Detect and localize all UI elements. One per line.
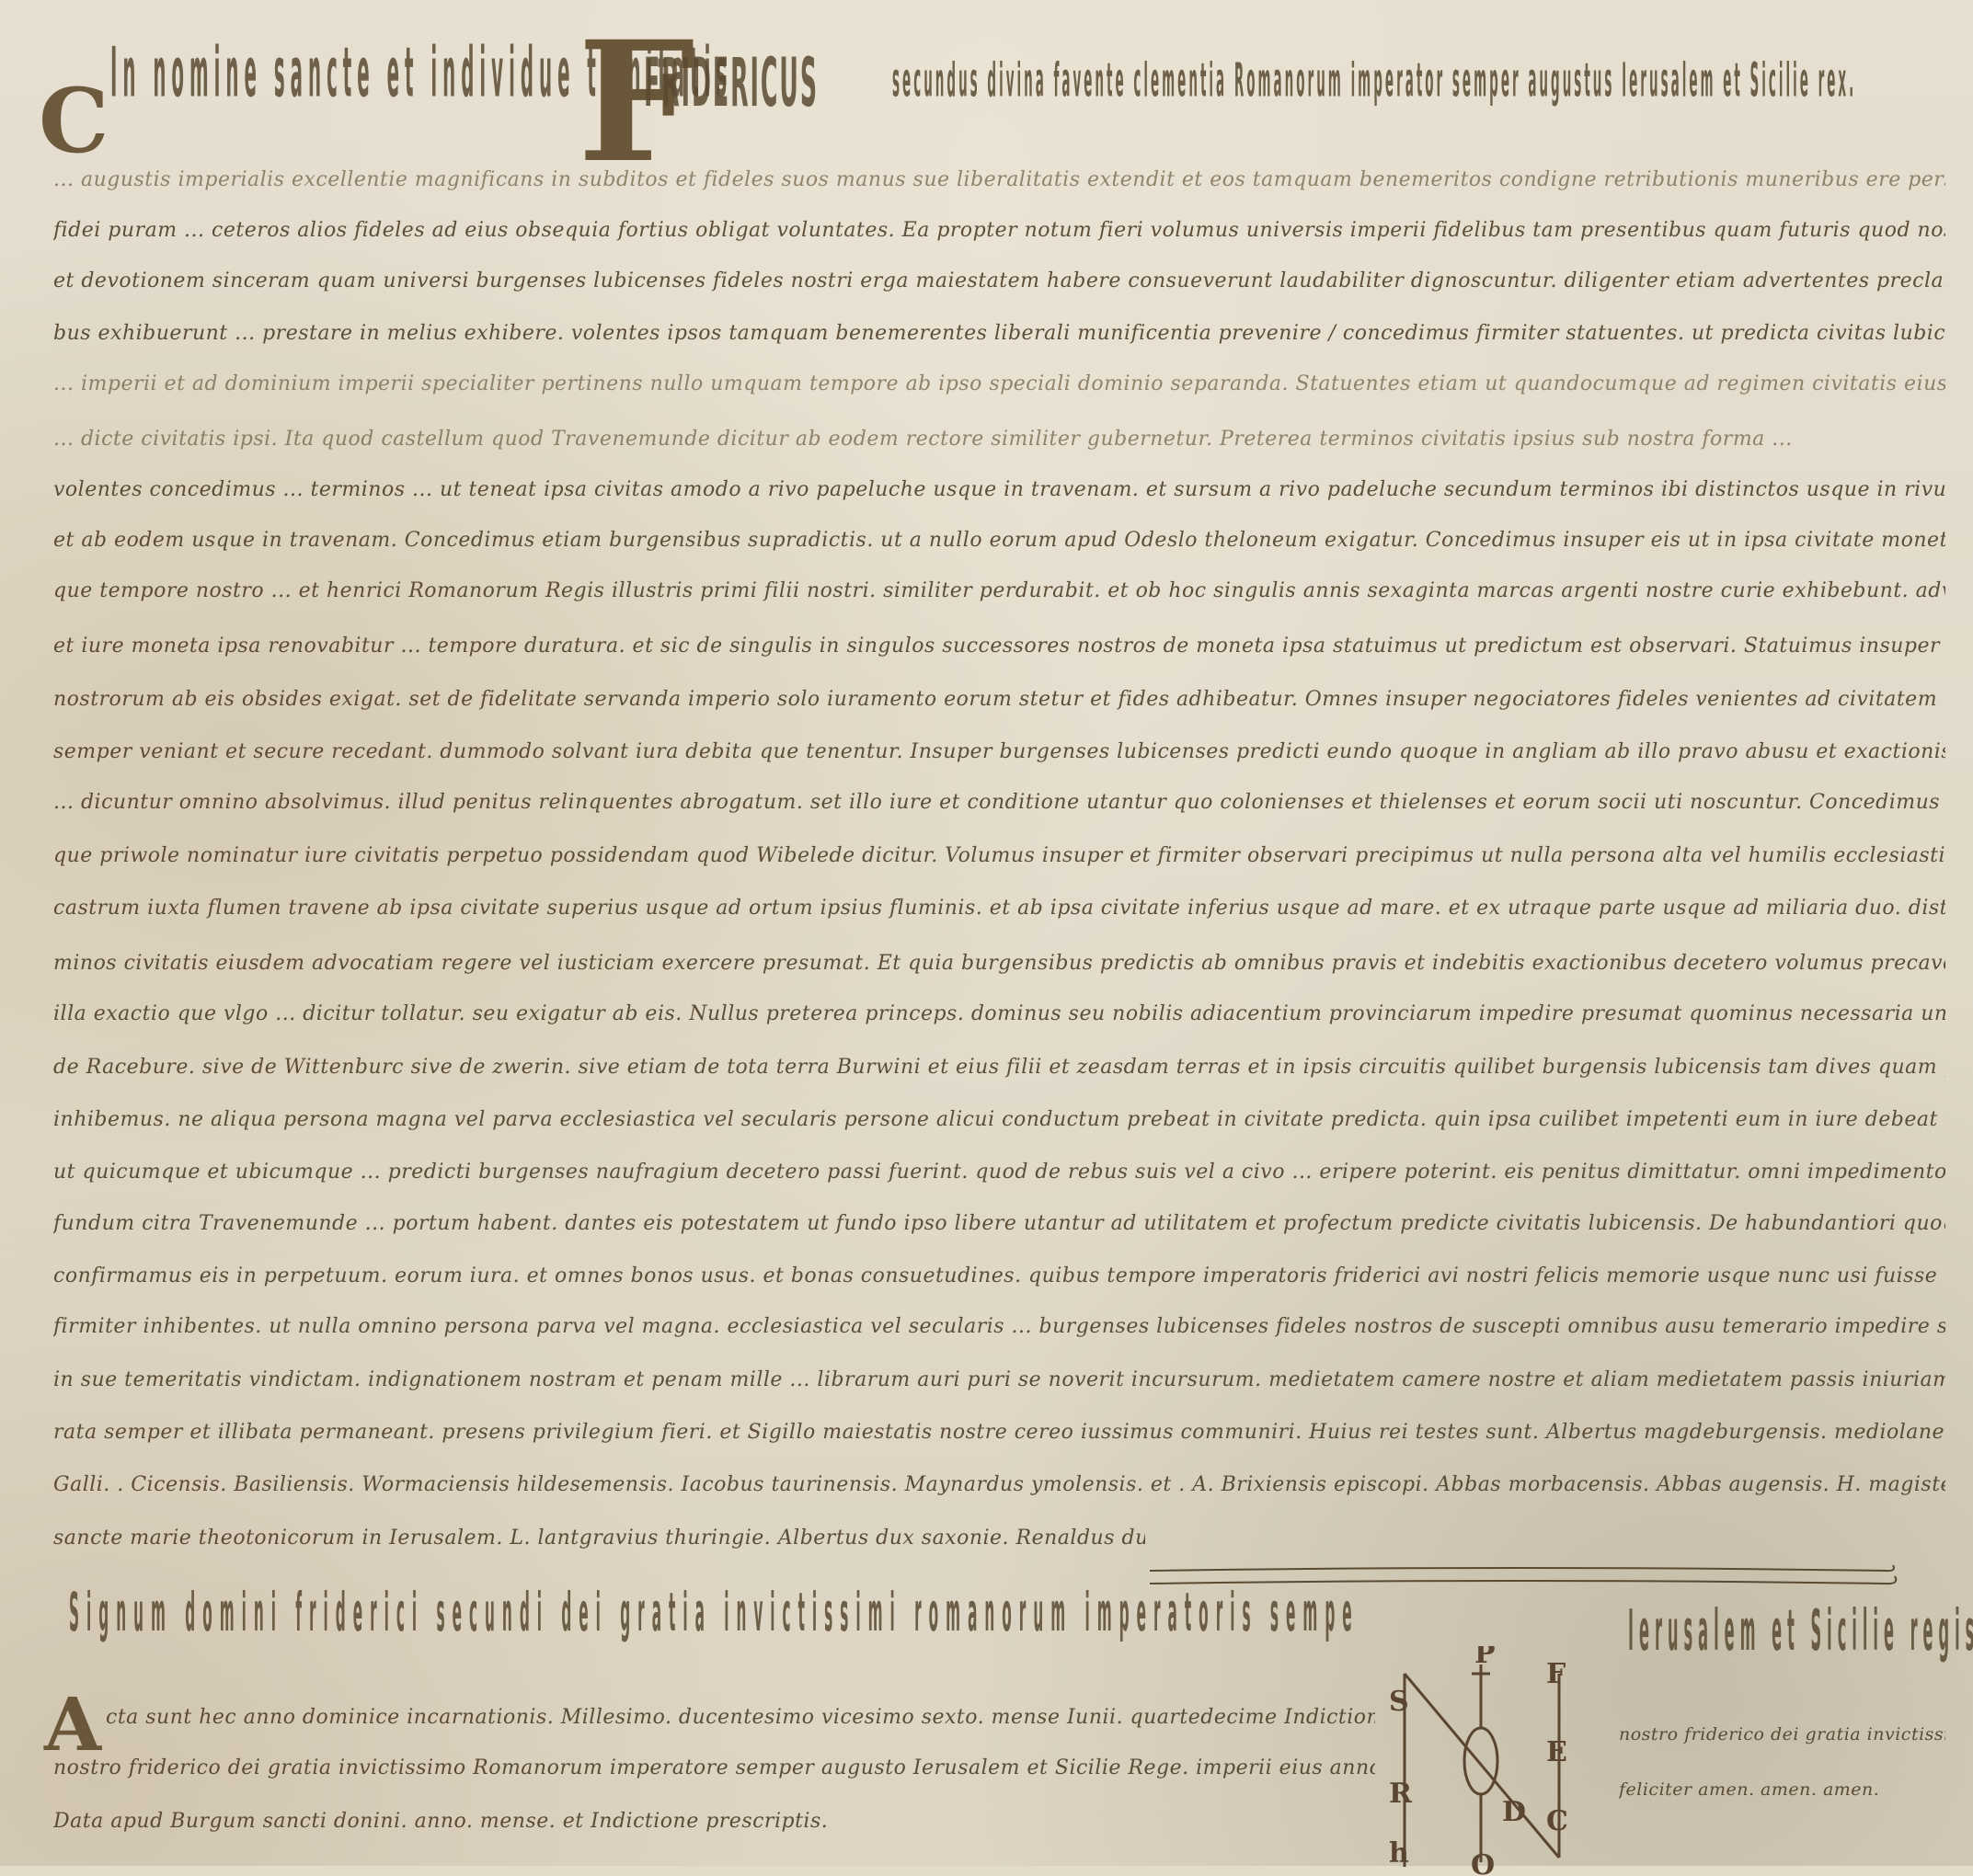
emperor-title-elongated: secundus divina favente clementia Romano…: [892, 52, 1856, 109]
emperor-name: FRIDERICUS: [644, 43, 819, 122]
body-line: fundum citra Travenemunde ... portum hab…: [53, 1212, 1945, 1235]
body-line: nostrorum ab eis obsides exigat. set de …: [53, 688, 1945, 711]
body-line: que priwole nominatur iure civitatis per…: [53, 844, 1945, 867]
body-line: semper veniant et secure recedant. dummo…: [53, 740, 1945, 763]
body-line: ... augustis imperialis excellentie magn…: [53, 168, 1945, 191]
body-line: illa exactio que vlgo ... dicitur tollat…: [53, 1002, 1945, 1025]
body-line: minos civitatis eiusdem advocatiam reger…: [53, 952, 1945, 975]
datum-right-note: nostro friderico dei gratia invictissimo: [1619, 1724, 1945, 1744]
svg-text:C: C: [1546, 1805, 1568, 1837]
datum-line: cta sunt hec anno dominice incarnationis…: [106, 1706, 1375, 1729]
body-line: sancte marie theotonicorum in Ierusalem.…: [53, 1527, 1145, 1550]
svg-text:R: R: [1389, 1778, 1413, 1810]
svg-text:h: h: [1389, 1837, 1409, 1866]
svg-text:D: D: [1502, 1796, 1526, 1828]
body-line: de Racebure. sive de Wittenburc sive de …: [53, 1056, 1945, 1079]
body-line: inhibemus. ne aliqua persona magna vel p…: [53, 1108, 1945, 1131]
body-line: rata semper et illibata permaneant. pres…: [53, 1421, 1945, 1444]
invocation-initial: C: [39, 77, 109, 166]
svg-text:P: P: [1474, 1646, 1496, 1670]
svg-text:E: E: [1546, 1736, 1567, 1768]
body-line: firmiter inhibentes. ut nulla omnino per…: [53, 1315, 1945, 1338]
body-line: ... dicuntur omnino absolvimus. illud pe…: [53, 791, 1945, 814]
svg-text:O: O: [1471, 1849, 1495, 1866]
signum-elongated-line: Signum domini friderici secundi dei grat…: [69, 1584, 1357, 1646]
body-line: Galli. . Cicensis. Basiliensis. Wormacie…: [53, 1473, 1945, 1496]
body-line: ... imperii et ad dominium imperii speci…: [53, 372, 1945, 395]
body-line: in sue temeritatis vindictam. indignatio…: [53, 1368, 1945, 1391]
body-line: confirmamus eis in perpetuum. eorum iura…: [53, 1264, 1945, 1287]
body-line: castrum iuxta flumen travene ab ipsa civ…: [53, 897, 1945, 920]
body-line: et iure moneta ipsa renovabitur ... temp…: [53, 635, 1945, 658]
svg-text:S: S: [1389, 1686, 1409, 1718]
datum-line: nostro friderico dei gratia invictissimo…: [53, 1756, 1375, 1779]
body-line: ut quicumque et ubicumque ... predicti b…: [53, 1161, 1945, 1184]
datum-right-note: feliciter amen. amen. amen.: [1619, 1779, 1945, 1800]
body-line: fidei puram ... ceteros alios fideles ad…: [53, 219, 1945, 242]
body-line: volentes concedimus ... terminos ... ut …: [53, 478, 1945, 501]
body-line: et ab eodem usque in travenam. Concedimu…: [53, 529, 1945, 552]
acta-initial: A: [44, 1687, 101, 1761]
body-line: et devotionem sinceram quam universi bur…: [53, 269, 1945, 292]
datum-line: Data apud Burgum sancti donini. anno. me…: [53, 1810, 961, 1833]
imperial-monogram: S R h P F E C D O: [1384, 1646, 1587, 1866]
signum-right-elongated: Ierusalem et Sicilie regis.: [1628, 1600, 1973, 1665]
body-line: que tempore nostro ... et henrici Romano…: [53, 579, 1945, 602]
body-line: ... dicte civitatis ipsi. Ita quod caste…: [53, 428, 1945, 451]
body-line: bus exhibuerunt ... prestare in melius e…: [53, 322, 1945, 345]
svg-text:F: F: [1546, 1658, 1566, 1690]
